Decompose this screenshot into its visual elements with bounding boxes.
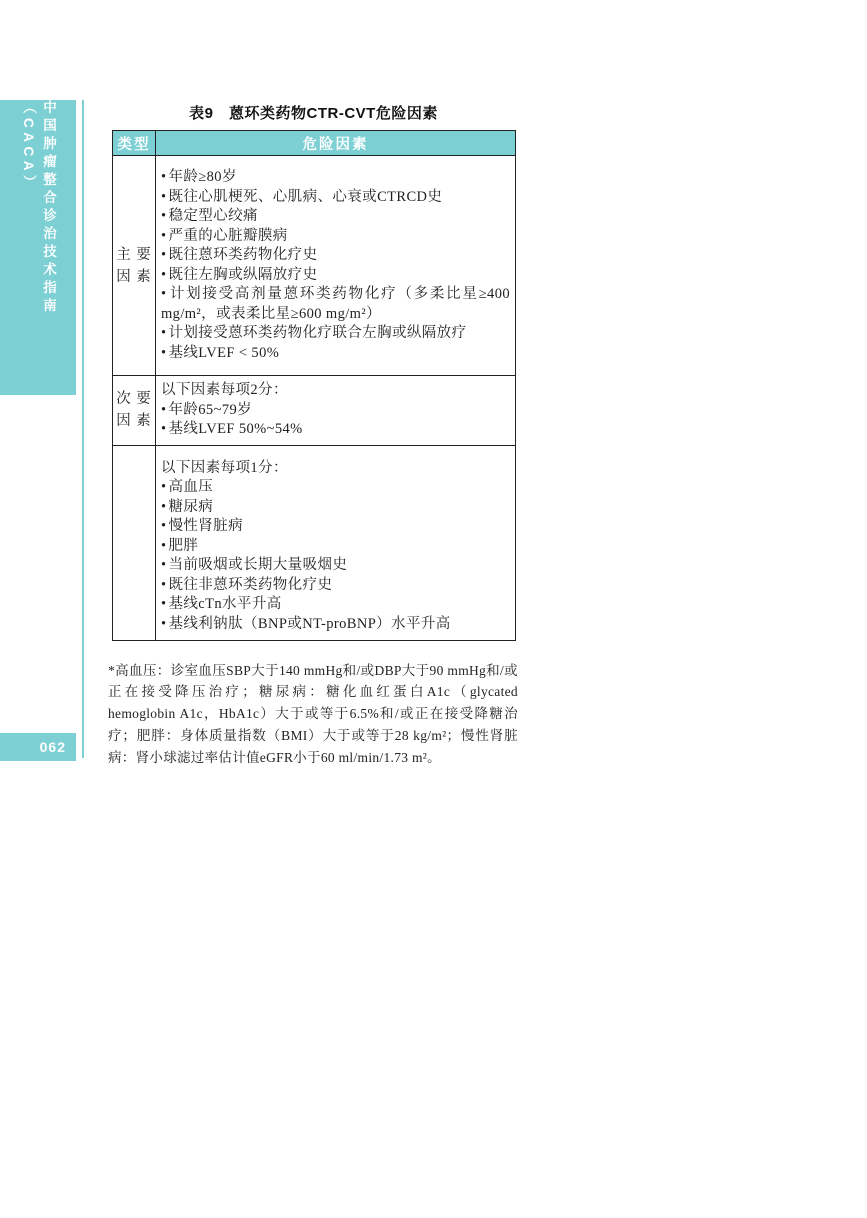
- sidebar-divider-line: [82, 100, 84, 758]
- footnote: *高血压：诊室血压SBP大于140 mmHg和/或DBP大于90 mmHg和/或…: [108, 660, 518, 769]
- row-risk-factors: 以下因素每项1分：高血压糖尿病慢性肾脏病肥胖当前吸烟或长期大量吸烟史既往非蒽环类…: [156, 445, 516, 640]
- table-row: 主 要 因 素年龄≥80岁既往心肌梗死、心肌病、心衰或CTRCD史稳定型心绞痛严…: [113, 156, 516, 376]
- risk-item: 既往左胸或纵隔放疗史: [161, 266, 510, 286]
- row-type-label: 主 要 因 素: [113, 156, 156, 376]
- sidebar-banner: 中国肿瘤整合诊治技术指南（CACA）: [0, 100, 76, 395]
- table-row: 次 要 因 素以下因素每项2分：年龄65~79岁基线LVEF 50%~54%: [113, 376, 516, 446]
- risk-item: 当前吸烟或长期大量吸烟史: [161, 556, 510, 576]
- sidebar-vertical-title: 中国肿瘤整合诊治技术指南（CACA）: [18, 100, 58, 395]
- risk-item: 基线cTn水平升高: [161, 595, 510, 615]
- document-page: 中国肿瘤整合诊治技术指南（CACA） 062 表9 蒽环类药物CTR-CVT危险…: [0, 0, 867, 1218]
- page-number: 062: [40, 739, 66, 755]
- risk-item: 基线LVEF 50%~54%: [161, 420, 510, 440]
- risk-table-body: 主 要 因 素年龄≥80岁既往心肌梗死、心肌病、心衰或CTRCD史稳定型心绞痛严…: [113, 156, 516, 641]
- row-risk-factors: 以下因素每项2分：年龄65~79岁基线LVEF 50%~54%: [156, 376, 516, 446]
- risk-item: 高血压: [161, 478, 510, 498]
- risk-item: 年龄65~79岁: [161, 401, 510, 421]
- risk-item: 基线利钠肽（BNP或NT-proBNP）水平升高: [161, 615, 510, 635]
- risk-factor-table: 类型 危险因素 主 要 因 素年龄≥80岁既往心肌梗死、心肌病、心衰或CTRCD…: [112, 130, 516, 641]
- row-type-label: 次 要 因 素: [113, 376, 156, 446]
- main-content: 表9 蒽环类药物CTR-CVT危险因素 类型 危险因素 主 要 因 素年龄≥80…: [112, 100, 515, 768]
- risk-item: 计划接受蒽环类药物化疗联合左胸或纵隔放疗: [161, 324, 510, 344]
- risk-item: 肥胖: [161, 537, 510, 557]
- risk-item: 严重的心脏瓣膜病: [161, 227, 510, 247]
- risk-item: 糖尿病: [161, 498, 510, 518]
- table-title: 表9 蒽环类药物CTR-CVT危险因素: [112, 102, 515, 123]
- table-header-row: 类型 危险因素: [113, 131, 516, 156]
- risk-item: 稳定型心绞痛: [161, 207, 510, 227]
- header-type: 类型: [113, 131, 156, 156]
- risk-item: 既往蒽环类药物化疗史: [161, 246, 510, 266]
- risk-item: 基线LVEF < 50%: [161, 344, 510, 364]
- page-number-badge: 062: [0, 733, 76, 761]
- row-intro: 以下因素每项1分：: [161, 459, 510, 479]
- table-row: 以下因素每项1分：高血压糖尿病慢性肾脏病肥胖当前吸烟或长期大量吸烟史既往非蒽环类…: [113, 445, 516, 640]
- row-intro: 以下因素每项2分：: [161, 381, 510, 401]
- risk-item: 年龄≥80岁: [161, 168, 510, 188]
- header-risk: 危险因素: [156, 131, 516, 156]
- risk-item: 既往非蒽环类药物化疗史: [161, 576, 510, 596]
- row-risk-factors: 年龄≥80岁既往心肌梗死、心肌病、心衰或CTRCD史稳定型心绞痛严重的心脏瓣膜病…: [156, 156, 516, 376]
- risk-item: 既往心肌梗死、心肌病、心衰或CTRCD史: [161, 188, 510, 208]
- risk-item: 慢性肾脏病: [161, 517, 510, 537]
- risk-item: 计划接受高剂量蒽环类药物化疗（多柔比星≥400 mg/m²，或表柔比星≥600 …: [161, 285, 510, 324]
- row-type-label: [113, 445, 156, 640]
